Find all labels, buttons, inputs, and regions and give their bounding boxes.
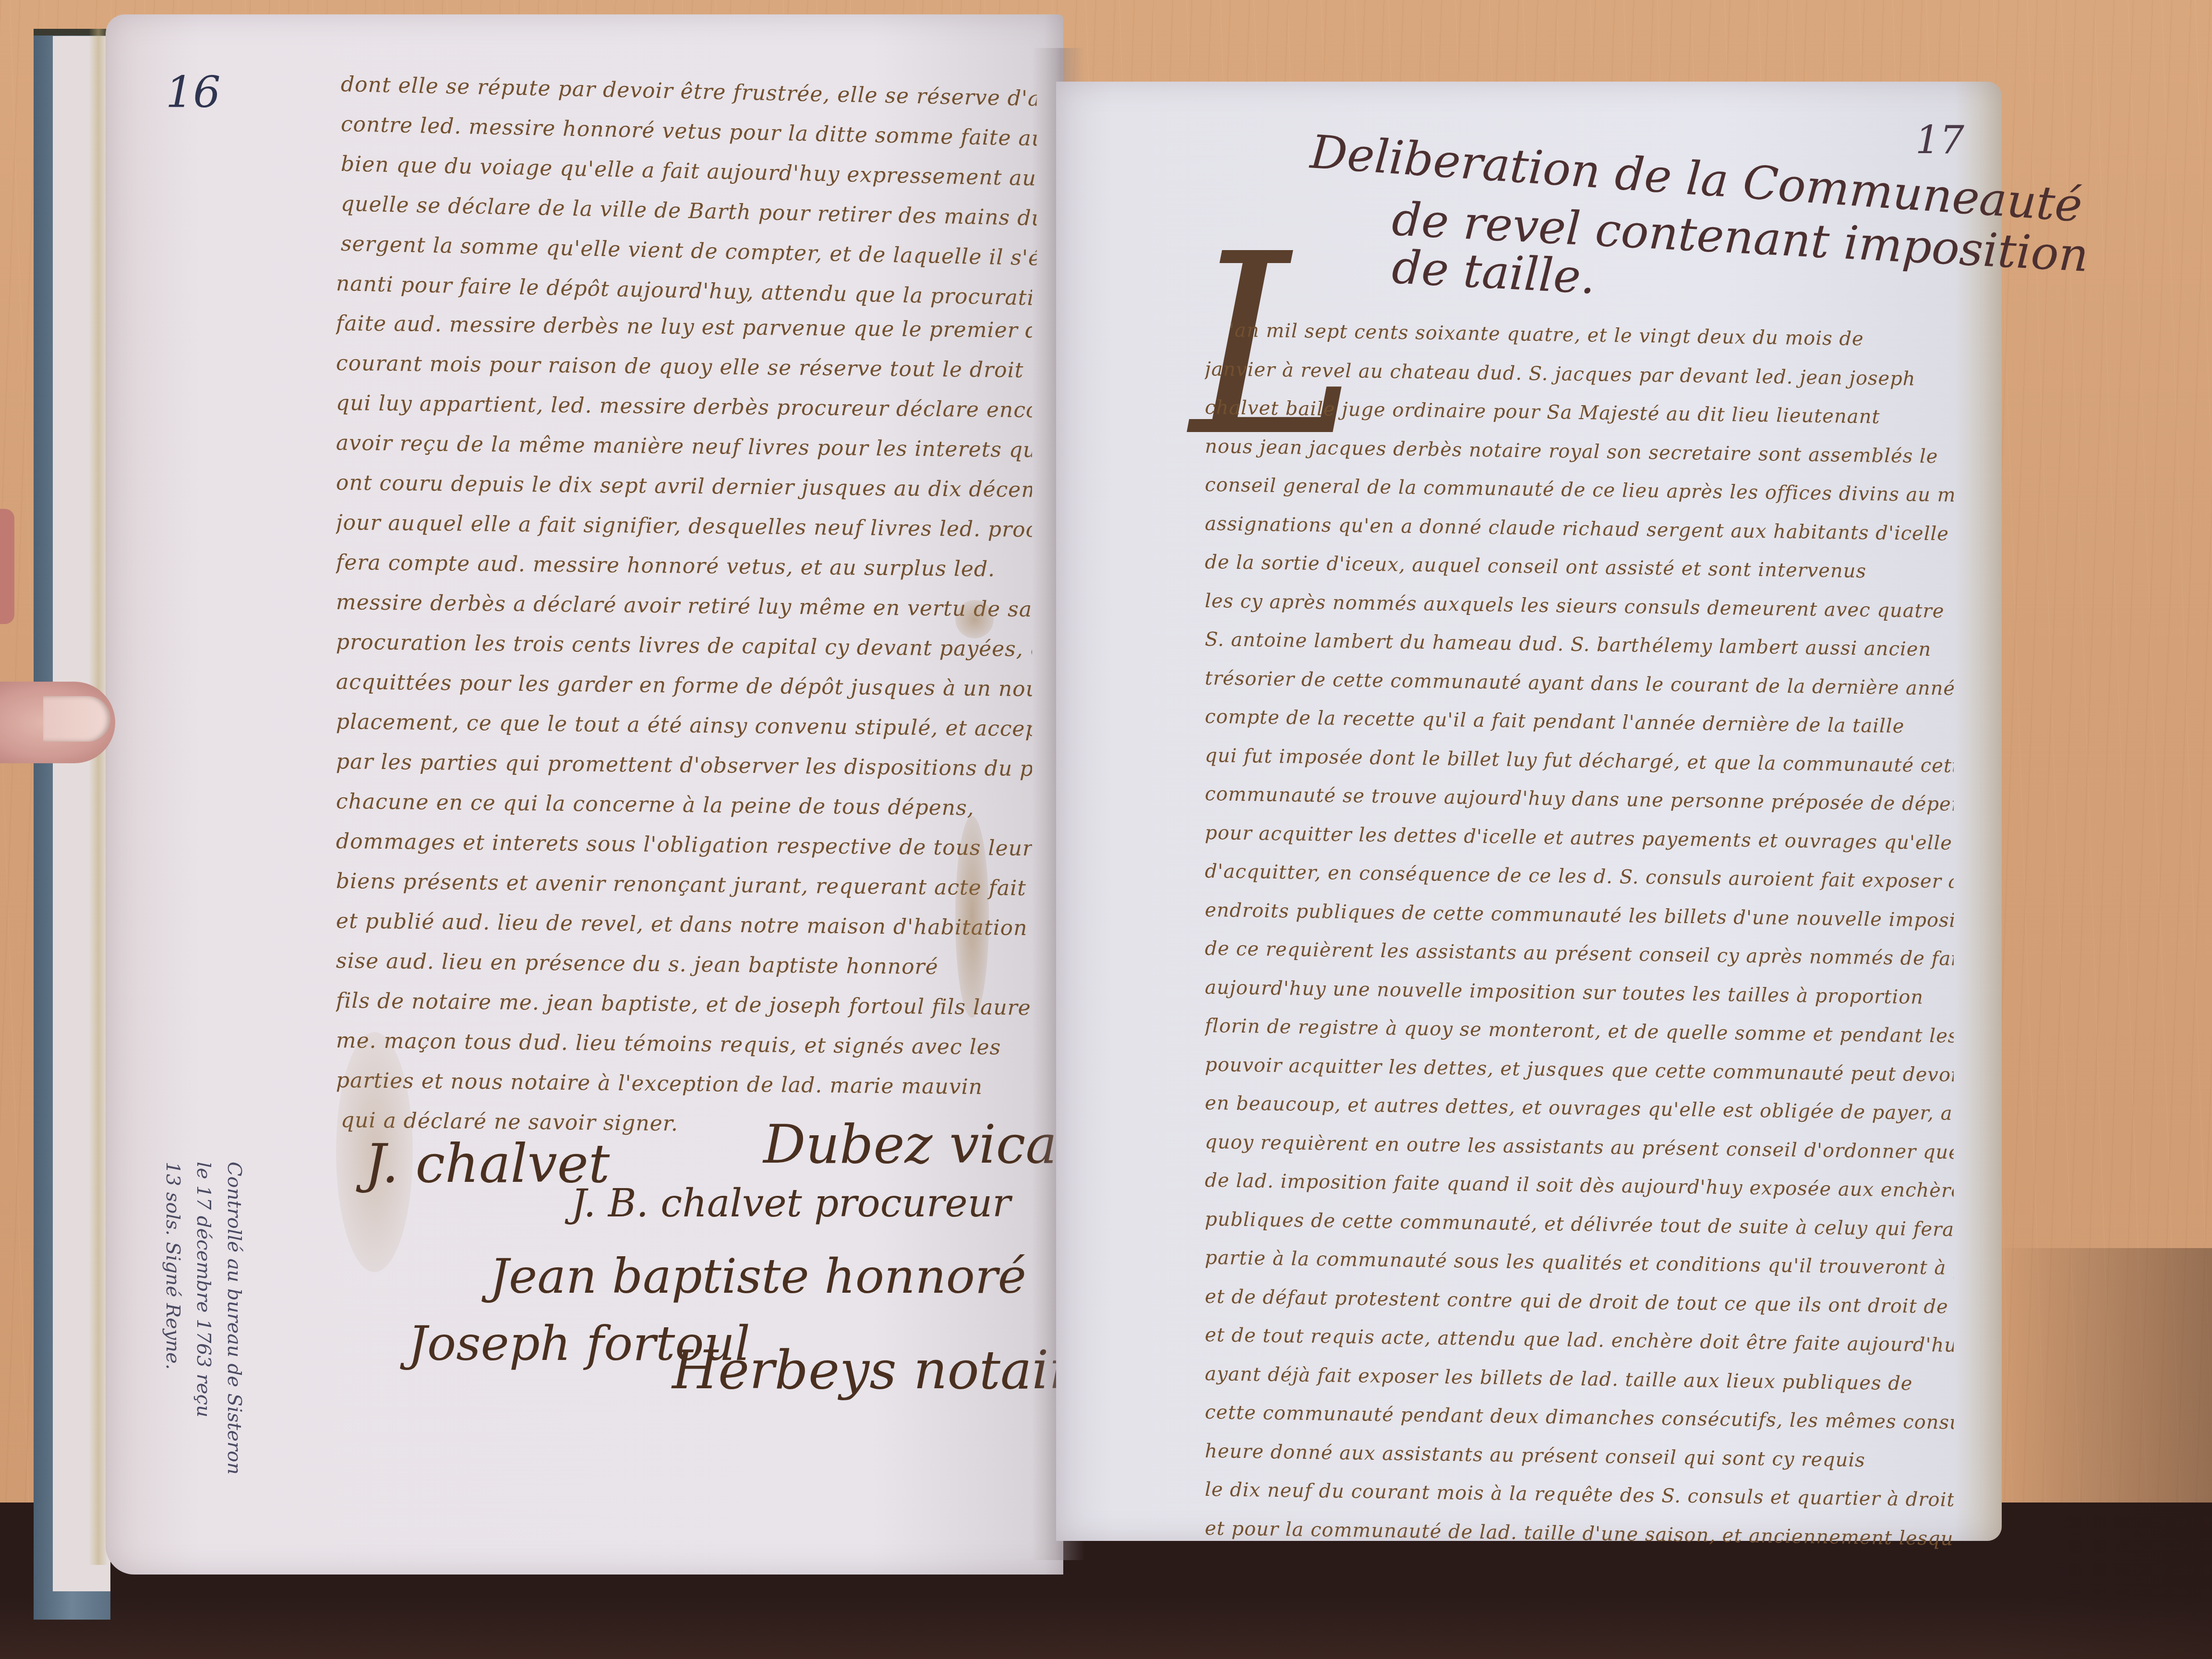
heading-line-3: de taille. [1391, 240, 1597, 304]
book-shadow-right [1992, 1248, 2212, 1659]
folio-number-left: 16 [166, 67, 221, 118]
folio-number-right: 17 [1915, 118, 1964, 162]
drop-cap-initial: L [1190, 221, 1356, 470]
thumbnail [43, 696, 110, 742]
finger [0, 509, 14, 624]
margin-note-control: Controllé au bureau de Sisteron le 17 dé… [157, 1162, 250, 1527]
ink-blot [955, 600, 994, 638]
margin-note-line: Controllé au bureau de Sisteron [219, 1162, 250, 1527]
margin-note-line: le 17 décembre 1763 reçu [188, 1162, 219, 1527]
signature-honnore: Jean baptiste honnoré [490, 1248, 1026, 1304]
ink-stain [955, 816, 989, 1018]
signature-procureur: J. B. chalvet procureur [571, 1181, 1010, 1226]
margin-note-line: 13 sols. Signé Reyne. [157, 1162, 188, 1527]
page-fold-crease [89, 29, 108, 1565]
